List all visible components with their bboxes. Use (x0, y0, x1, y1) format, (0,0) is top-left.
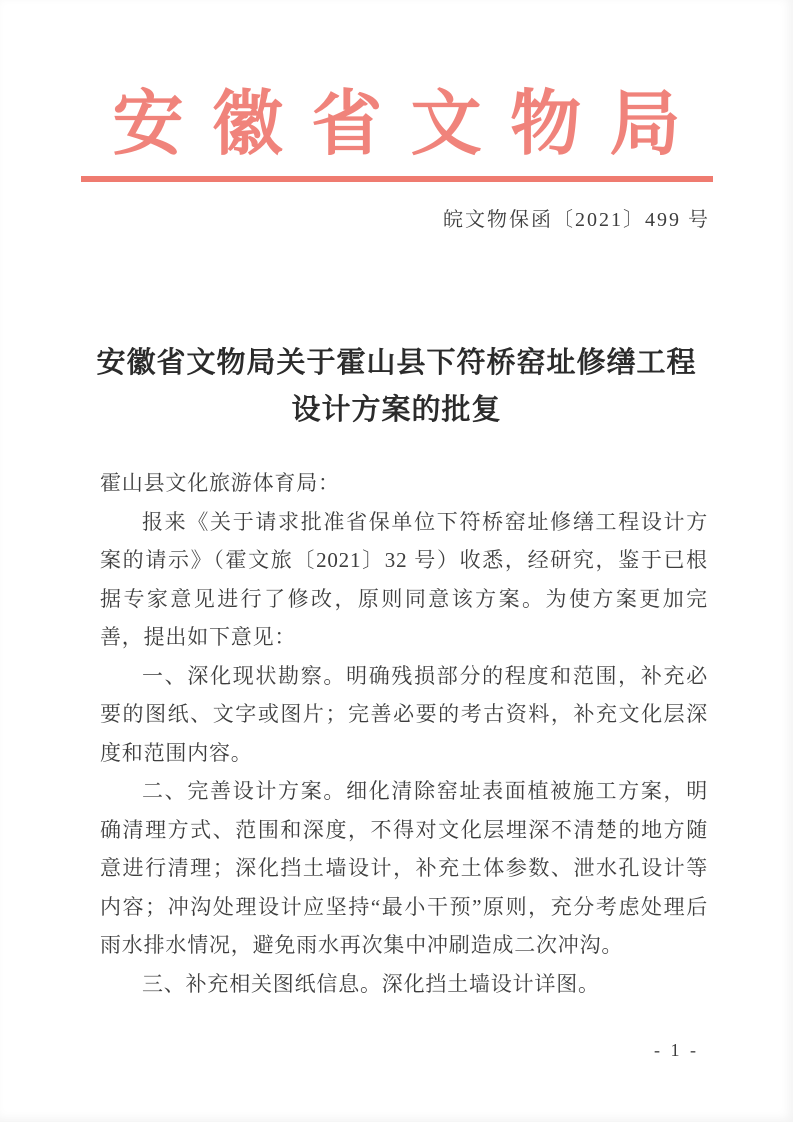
letterhead-org-name: 安徽省文物局 (0, 90, 793, 161)
document-body: 霍山县文化旅游体育局： 报来《关于请求批准省保单位下符桥窑址修缮工程设计方案的请… (100, 464, 708, 1003)
letterhead-divider-line (81, 176, 713, 182)
document-title-line-1: 安徽省文物局关于霍山县下符桥窑址修缮工程 (60, 340, 733, 387)
paragraph-item-3: 三、补充相关图纸信息。深化挡土墙设计详图。 (100, 965, 708, 1004)
document-title-line-2: 设计方案的批复 (60, 387, 733, 434)
document-page: 安徽省文物局 皖文物保函〔2021〕499 号 安徽省文物局关于霍山县下符桥窑址… (0, 0, 793, 1122)
document-number: 皖文物保函〔2021〕499 号 (0, 203, 793, 232)
document-title: 安徽省文物局关于霍山县下符桥窑址修缮工程 设计方案的批复 (60, 340, 733, 434)
page-number: - 1 - (654, 1040, 699, 1061)
paragraph-item-1: 一、深化现状勘察。明确残损部分的程度和范围，补充必要的图纸、文字或图片；完善必要… (100, 657, 708, 773)
paragraph-item-2: 二、完善设计方案。细化清除窑址表面植被施工方案，明确清理方式、范围和深度，不得对… (100, 772, 708, 965)
paragraph-intro: 报来《关于请求批准省保单位下符桥窑址修缮工程设计方案的请示》（霍文旅〔2021〕… (100, 503, 708, 657)
salutation: 霍山县文化旅游体育局： (100, 464, 708, 503)
